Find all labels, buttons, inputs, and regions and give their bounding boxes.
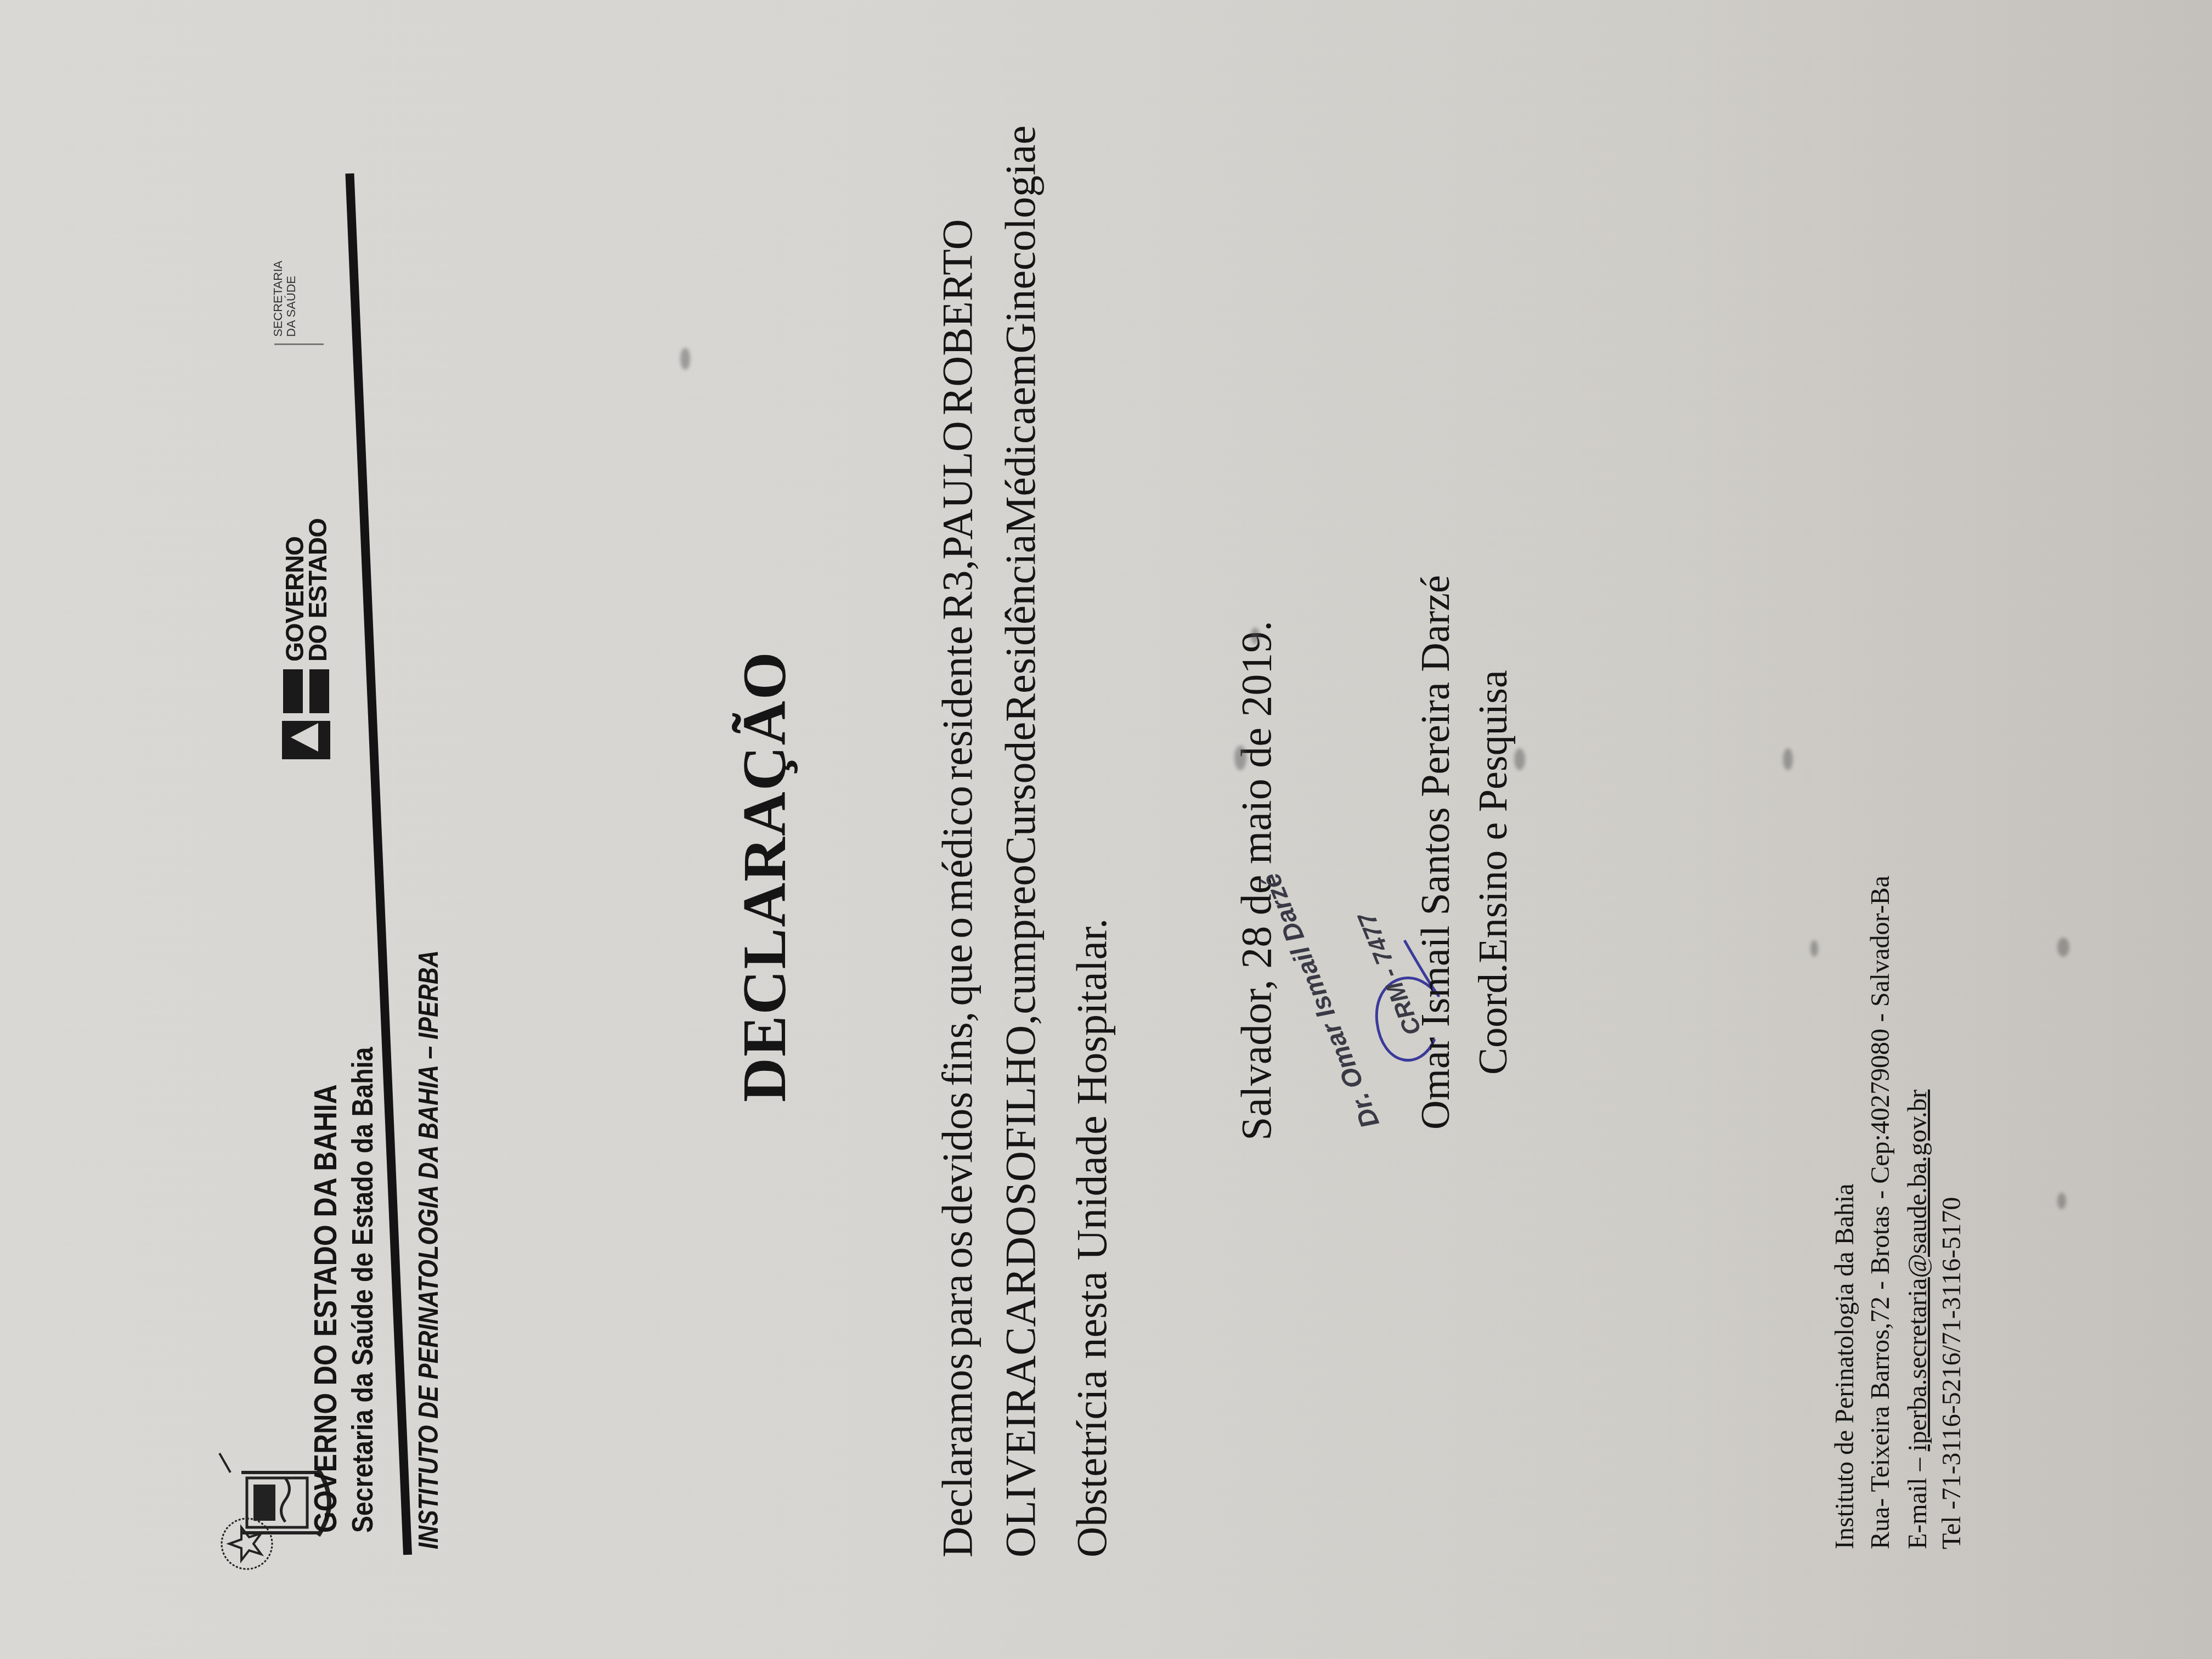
toner-speck	[1234, 746, 1246, 770]
footer-email-link[interactable]: iperba.secretaria@saude.ba.gov.br	[1903, 1090, 1932, 1451]
toner-speck	[1514, 748, 1525, 770]
toner-speck	[2057, 938, 2069, 957]
toner-speck	[2057, 1193, 2066, 1209]
secretariat-logo: SECRETARIA DA SAÚDE	[272, 261, 298, 337]
body-word: cumpre	[996, 886, 1045, 1014]
toner-speck	[1251, 628, 1260, 644]
body-word: em	[996, 354, 1045, 406]
footer-institute: Instituto de Perinatologia da Bahia	[1830, 1183, 1860, 1549]
body-word: CARDOSO	[996, 1151, 1045, 1356]
footer-phone: Tel -71-3116-5216/71-3116-5170	[1937, 1197, 1967, 1549]
body-line-3: Obstetrícia nesta Unidade Hospitalar.	[1067, 918, 1116, 1558]
institute-heading: INSTITUTO DE PERINATOLOGIA DA BAHIA – IP…	[413, 950, 444, 1549]
secretariat-heading: Secretaria da Saúde de Estado da Bahia	[346, 1047, 380, 1533]
body-word: fins,	[933, 1012, 982, 1087]
bars-mark-icon	[283, 669, 329, 713]
governo-do-estado-logo: GOVERNO DO ESTADO	[280, 518, 332, 759]
triangle-mark-icon	[282, 721, 330, 759]
declaration-page: GOVERNO DO ESTADO DA BAHIA Secretaria da…	[0, 0, 2212, 1659]
logo-divider	[274, 343, 324, 345]
toner-speck	[1810, 940, 1818, 957]
gov-logo-line2: DO ESTADO	[306, 518, 329, 662]
body-word: os	[933, 1231, 982, 1268]
body-word: e	[996, 126, 1045, 145]
body-word: que	[933, 944, 982, 1006]
body-word: devidos	[933, 1092, 982, 1225]
body-word: médico	[933, 786, 982, 912]
toner-speck	[1783, 748, 1793, 770]
document-title: DECLARAÇÃO	[730, 651, 800, 1102]
body-word: para	[933, 1274, 982, 1347]
body-word: Ginecologia	[996, 144, 1045, 353]
signer-role: Coord.Ensino e Pesquisa	[1470, 670, 1517, 1075]
state-government-heading: GOVERNO DO ESTADO DA BAHIA	[307, 1084, 344, 1533]
footer-email-label: E-mail –	[1903, 1451, 1932, 1549]
body-word: de	[996, 722, 1045, 763]
body-line-1: Declaramosparaosdevidosfins,queomédicore…	[933, 219, 982, 1558]
body-word: ROBERTO	[933, 219, 982, 415]
body-word: R3,PAULO	[933, 421, 982, 620]
footer-address: Rua- Teixeira Barros,72 - Brotas - Cep:4…	[1865, 876, 1895, 1549]
secretariat-logo-line1: SECRETARIA	[272, 261, 285, 337]
body-word: Médica	[996, 406, 1045, 534]
toner-speck	[680, 348, 690, 370]
body-line-2: OLIVEIRACARDOSOFILHO,cumpreoCursodeResid…	[996, 219, 1045, 1558]
gov-logo-line1: GOVERNO	[283, 518, 306, 662]
body-word: o	[996, 865, 1045, 886]
signer-name: Omar Ismail Santos Pereira Darzé	[1413, 575, 1459, 1130]
body-word: FILHO,	[996, 1014, 1045, 1151]
secretariat-logo-line2: DA SAÚDE	[285, 261, 298, 337]
body-word: OLIVEIRA	[996, 1356, 1045, 1558]
body-word: Curso	[996, 763, 1045, 865]
body-word: residente	[933, 626, 982, 781]
body-word: Declaramos	[933, 1353, 982, 1558]
footer-email-line: E-mail – iperba.secretaria@saude.ba.gov.…	[1903, 1090, 1933, 1549]
body-word: Residência	[996, 534, 1045, 722]
body-word: o	[933, 917, 982, 939]
